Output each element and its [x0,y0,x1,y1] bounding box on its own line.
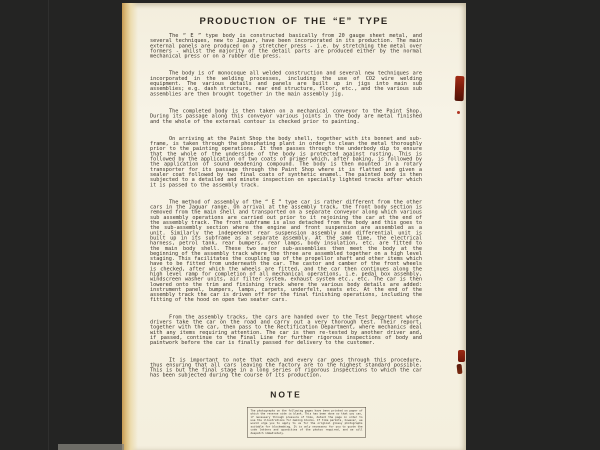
red-ink-mark-lower-1 [458,350,465,362]
body-paragraph: From the assembly tracks, the cars are h… [150,314,422,345]
note-box-text: The photographs on the following pages h… [251,409,363,434]
note-box: The photographs on the following pages h… [247,407,366,438]
body-paragraph: It is important to note that each and ev… [150,357,422,378]
red-ink-dot [457,111,460,114]
scan-bottom-strip [58,444,124,450]
body-paragraph: The method of assembly of the “ E ” type… [150,199,422,302]
body-paragraph: The “ E ” type body is constructed basic… [150,33,422,59]
body-paragraph: The body is of monocoque all welded cons… [150,71,422,97]
red-ink-mark-lower-2 [456,364,462,374]
page-title: PRODUCTION OF THE “E” TYPE [122,16,466,27]
page-body: The “ E ” type body is constructed basic… [150,33,422,450]
body-paragraph: On arriving at the Paint Shop the body s… [150,136,422,187]
red-ink-mark-top [455,76,465,101]
note-heading: NOTE [150,390,422,400]
document-page: PRODUCTION OF THE “E” TYPE The “ E ” typ… [122,3,466,450]
scan-seam-line [48,0,49,450]
scanned-page-view: PRODUCTION OF THE “E” TYPE The “ E ” typ… [0,0,600,450]
body-paragraph: The completed body is then taken on a me… [150,108,422,123]
